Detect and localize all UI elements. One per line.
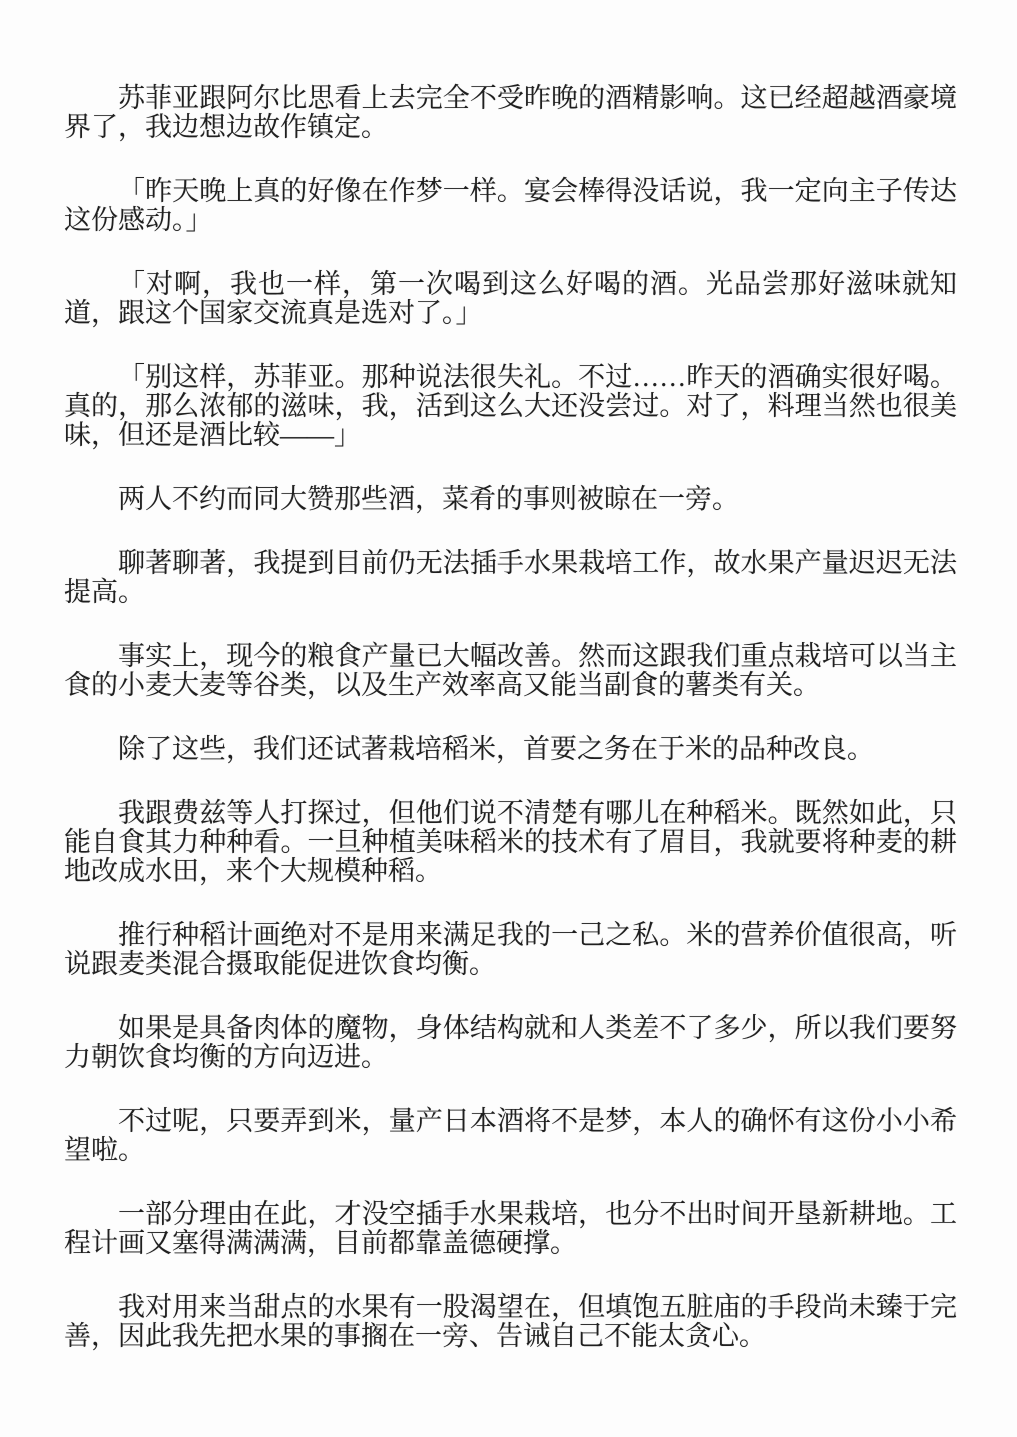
paragraph-narration: 苏菲亚跟阿尔比思看上去完全不受昨晚的酒精影响。这已经超越酒豪境界了，我边想边故作… [64,84,957,142]
paragraph-narration: 事实上，现今的粮食产量已大幅改善。然而这跟我们重点栽培可以当主食的小麦大麦等谷类… [64,642,957,700]
paragraph-narration: 一部分理由在此，才没空插手水果栽培，也分不出时间开垦新耕地。工程计画又塞得满满满… [64,1200,957,1258]
paragraph-narration: 除了这些，我们还试著栽培稻米，首要之务在于米的品种改良。 [64,735,957,764]
paragraph-narration: 聊著聊著，我提到目前仍无法插手水果栽培工作，故水果产量迟迟无法提高。 [64,549,957,607]
paragraph-narration: 我对用来当甜点的水果有一股渴望在，但填饱五脏庙的手段尚未臻于完善，因此我先把水果… [64,1293,957,1351]
book-page: 苏菲亚跟阿尔比思看上去完全不受昨晚的酒精影响。这已经超越酒豪境界了，我边想边故作… [0,0,1017,1437]
paragraph-dialogue: 「别这样，苏菲亚。那种说法很失礼。不过……昨天的酒确实很好喝。真的，那么浓郁的滋… [64,363,957,450]
paragraph-dialogue: 「对啊，我也一样，第一次喝到这么好喝的酒。光品尝那好滋味就知道，跟这个国家交流真… [64,270,957,328]
paragraph-narration: 如果是具备肉体的魔物，身体结构就和人类差不了多少，所以我们要努力朝饮食均衡的方向… [64,1014,957,1072]
paragraph-narration: 不过呢，只要弄到米，量产日本酒将不是梦，本人的确怀有这份小小希望啦。 [64,1107,957,1165]
paragraph-dialogue: 「昨天晚上真的好像在作梦一样。宴会棒得没话说，我一定向主子传达这份感动。」 [64,177,957,235]
paragraph-narration: 两人不约而同大赞那些酒，菜肴的事则被晾在一旁。 [64,485,957,514]
paragraph-narration: 推行种稻计画绝对不是用来满足我的一己之私。米的营养价值很高，听说跟麦类混合摄取能… [64,921,957,979]
paragraph-narration: 我跟费兹等人打探过，但他们说不清楚有哪儿在种稻米。既然如此，只能自食其力种种看。… [64,799,957,886]
